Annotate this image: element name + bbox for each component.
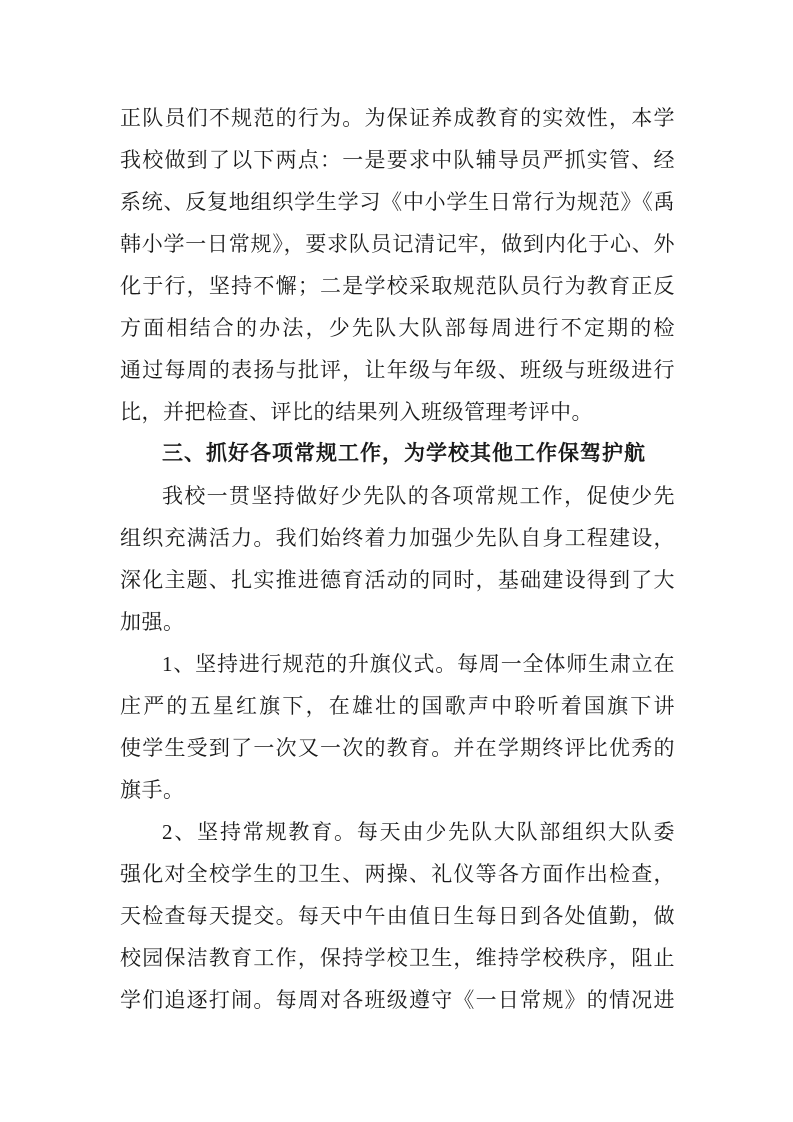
text-line: 旗手。 [120,769,675,811]
text-line: 使学生受到了一次又一次的教育。并在学期终评比优秀的升 [120,727,675,769]
text-line: 系统、反复地组织学生学习《中小学生日常行为规范》《禹 [120,181,675,223]
text-line: 学们追逐打闹。每周对各班级遵守《一日常规》的情况进行 [120,979,675,1021]
text-line: 1、坚持进行规范的升旗仪式。每周一全体师生肃立在 [120,643,675,685]
document-page: 正队员们不规范的行为。为保证养成教育的实效性，本学期我校做到了以下两点：一是要求… [0,0,793,1122]
text-line: 比，并把检查、评比的结果列入班级管理考评中。 [120,391,675,433]
text-line: 方面相结合的办法，少先队大队部每周进行不定期的检查， [120,307,675,349]
text-line: 通过每周的表扬与批评，让年级与年级、班级与班级进行评 [120,349,675,391]
text-line: 强化对全校学生的卫生、两操、礼仪等各方面作出检查，每 [120,853,675,895]
paragraph: 2、坚持常规教育。每天由少先队大队部组织大队委员，强化对全校学生的卫生、两操、礼… [120,811,675,1021]
text-line: 庄严的五星红旗下，在雄壮的国歌声中聆听着国旗下讲话， [120,685,675,727]
text-line: 校园保洁教育工作，保持学校卫生，维持学校秩序，阻止同 [120,937,675,979]
text-line: 三、抓好各项常规工作，为学校其他工作保驾护航 [120,433,675,475]
paragraph: 我校一贯坚持做好少先队的各项常规工作，促使少先队组织充满活力。我们始终着力加强少… [120,475,675,643]
document-content: 正队员们不规范的行为。为保证养成教育的实效性，本学期我校做到了以下两点：一是要求… [120,97,675,1021]
text-line: 组织充满活力。我们始终着力加强少先队自身工程建设，在 [120,517,675,559]
text-line: 化于行，坚持不懈；二是学校采取规范队员行为教育正反两 [120,265,675,307]
text-line: 2、坚持常规教育。每天由少先队大队部组织大队委员， [120,811,675,853]
text-line: 我校一贯坚持做好少先队的各项常规工作，促使少先队 [120,475,675,517]
text-line: 深化主题、扎实推进德育活动的同时，基础建设得到了大力 [120,559,675,601]
text-line: 韩小学一日常规》，要求队员记清记牢，做到内化于心、外 [120,223,675,265]
text-line: 正队员们不规范的行为。为保证养成教育的实效性，本学期 [120,97,675,139]
text-line: 我校做到了以下两点：一是要求中队辅导员严抓实管、经常 [120,139,675,181]
text-line: 天检查每天提交。每天中午由值日生每日到各处值勤，做好 [120,895,675,937]
paragraph: 1、坚持进行规范的升旗仪式。每周一全体师生肃立在庄严的五星红旗下，在雄壮的国歌声… [120,643,675,811]
text-line: 加强。 [120,601,675,643]
paragraph: 正队员们不规范的行为。为保证养成教育的实效性，本学期我校做到了以下两点：一是要求… [120,97,675,433]
section-heading: 三、抓好各项常规工作，为学校其他工作保驾护航 [120,433,675,475]
